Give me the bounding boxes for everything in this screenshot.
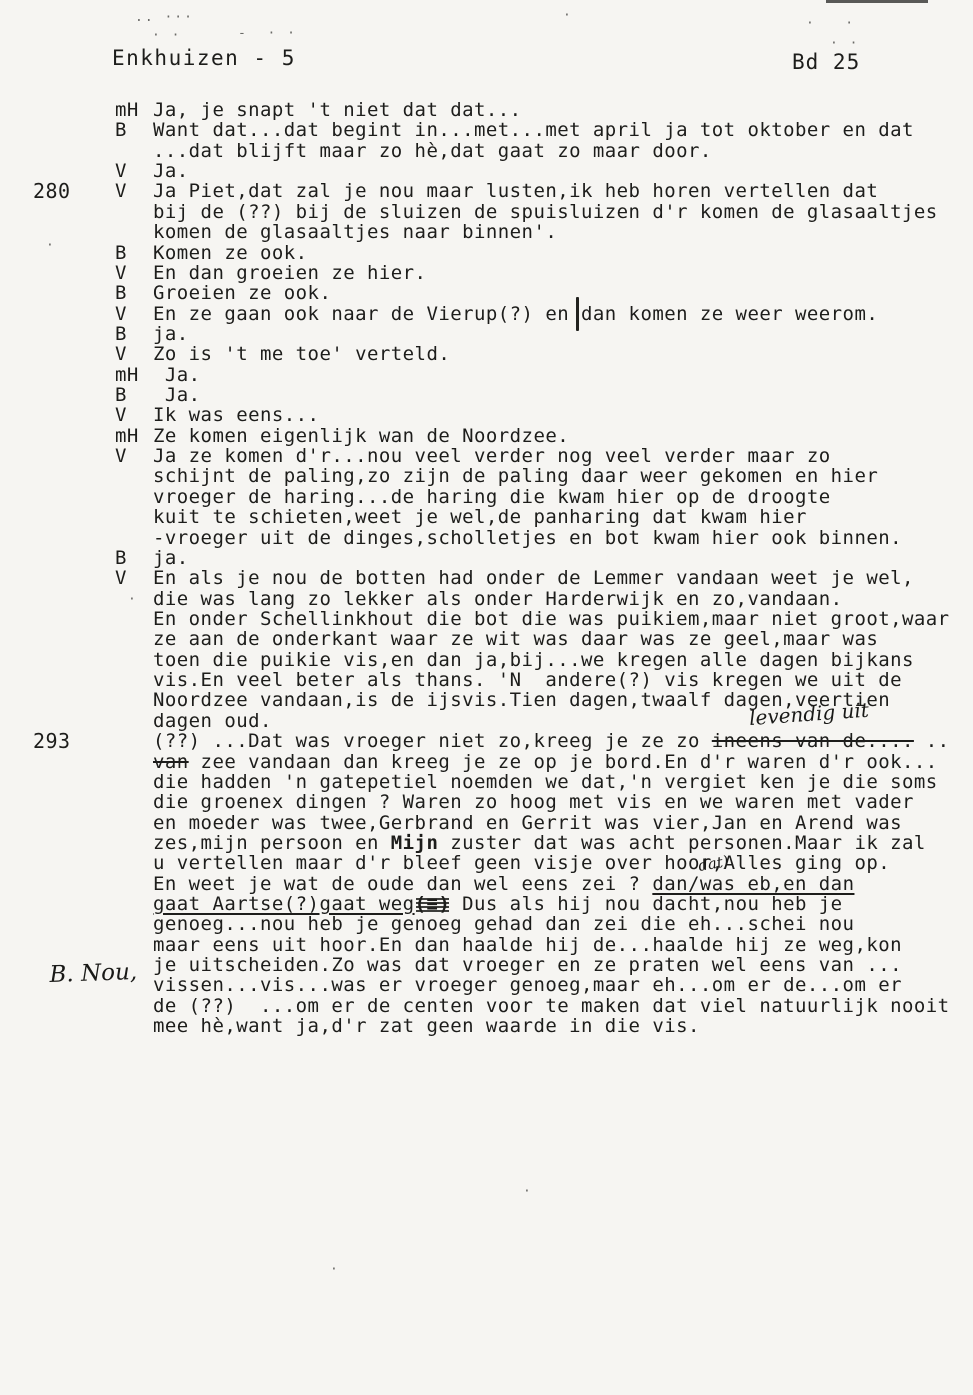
margin-number <box>0 202 115 222</box>
speaker-label <box>115 141 153 161</box>
transcript-line: ze aan de onderkant waar ze wit was daar… <box>0 629 973 649</box>
line-text: komen de glasaaltjes naar binnen'. <box>153 222 973 242</box>
text-segment-strike: van <box>153 751 189 773</box>
transcript-line: vis.En veel beter als thans. 'N andere(?… <box>0 670 973 690</box>
margin-number <box>0 650 115 670</box>
speaker-label <box>115 690 153 710</box>
margin-number <box>0 263 115 283</box>
line-text: En dan groeien ze hier. <box>153 263 973 283</box>
speaker-label: B <box>115 120 153 140</box>
text-segment: die groenex dingen ? Waren zo hoog met v… <box>153 791 914 813</box>
transcript-line: vroeger de haring...de haring die kwam h… <box>0 487 973 507</box>
scan-speck: · <box>563 8 573 23</box>
margin-number: 280 <box>0 181 115 201</box>
margin-number <box>0 914 115 934</box>
transcript-line: VZo is 't me toe' verteld. <box>0 344 973 364</box>
transcript-body: mHJa, je snapt 't niet dat dat...BWant d… <box>0 100 973 1037</box>
transcript-line: VEn dan groeien ze hier. <box>0 263 973 283</box>
line-text: En weet je wat de oude dan wel eens zei … <box>153 874 973 894</box>
speaker-label: V <box>115 263 153 283</box>
line-text: en moeder was twee,Gerbrand en Gerrit wa… <box>153 813 973 833</box>
margin-number <box>0 141 115 161</box>
margin-number <box>0 629 115 649</box>
text-segment-strike: ineens van de.... <box>712 730 914 752</box>
text-segment: Komen ze ook. <box>153 242 308 264</box>
transcript-line: die was lang zo lekker als onder Harderw… <box>0 589 973 609</box>
transcript-line: BWant dat...dat begint in...met...met ap… <box>0 120 973 140</box>
text-segment: Ze komen eigenlijk wan de Noordzee. <box>153 425 569 447</box>
speaker-label <box>115 731 153 751</box>
margin-number <box>0 100 115 120</box>
speaker-label: V <box>115 181 153 201</box>
line-text: En ze gaan ook naar de Vierup(?) en dan … <box>153 304 973 324</box>
text-segment: En onder Schellinkhout die bot die was p… <box>153 608 950 630</box>
line-text: kuit te schieten,weet je wel,de panharin… <box>153 507 973 527</box>
scan-speck: · <box>128 592 138 607</box>
margin-number <box>0 1016 115 1036</box>
text-segment: -vroeger uit de dinges,scholletjes en bo… <box>153 527 902 549</box>
line-text: Ja, je snapt 't niet dat dat... <box>153 100 973 120</box>
text-segment: zee vandaan dan kreeg je ze op je bord.E… <box>189 751 938 773</box>
text-segment: Want dat...dat begint in...met...met apr… <box>153 119 914 141</box>
transcript-line: Bja. <box>0 548 973 568</box>
transcript-line: die hadden 'n gatepetiel noemden we dat,… <box>0 772 973 792</box>
margin-number <box>0 324 115 344</box>
speaker-label: B <box>115 324 153 344</box>
scanned-transcript-page: Enkhuizen - 5 Bd 25 mHJa, je snapt 't ni… <box>0 0 973 1395</box>
speaker-label <box>115 813 153 833</box>
speaker-label: V <box>115 568 153 588</box>
line-text: ...dat blijft maar zo hè,dat gaat zo maa… <box>153 141 973 161</box>
transcript-line: van zee vandaan dan kreeg je ze op je bo… <box>0 752 973 772</box>
margin-number <box>0 589 115 609</box>
transcript-line: zes,mijn persoon en Mijn zuster dat was … <box>0 833 973 853</box>
speaker-label: mH <box>115 426 153 446</box>
speaker-label: B <box>115 283 153 303</box>
margin-number <box>0 365 115 385</box>
margin-number <box>0 690 115 710</box>
line-text: Ja ze komen d'r...nou veel verder nog ve… <box>153 446 973 466</box>
speaker-label <box>115 772 153 792</box>
text-segment: zes,mijn persoon en <box>153 832 391 854</box>
text-segment: die hadden 'n gatepetiel noemden we dat,… <box>153 771 938 793</box>
margin-number <box>0 344 115 364</box>
text-segment: Groeien ze ook. <box>153 282 331 304</box>
line-text: maar eens uit hoor.En dan haalde hij de.… <box>153 935 973 955</box>
margin-number <box>0 528 115 548</box>
margin-number <box>0 935 115 955</box>
scan-speck: · · <box>806 16 855 31</box>
text-segment: Ik was eens... <box>153 404 319 426</box>
line-text: Want dat...dat begint in...met...met apr… <box>153 120 973 140</box>
text-segment: vissen...vis...was er vroeger genoeg,maa… <box>153 974 902 996</box>
text-segment: toen die puikie vis,en dan ja,bij...we k… <box>153 649 914 671</box>
speaker-label <box>115 487 153 507</box>
transcript-line: vissen...vis...was er vroeger genoeg,maa… <box>0 975 973 995</box>
text-segment: genoeg...nou heb je genoeg gehad dan zei… <box>153 913 854 935</box>
line-text: u vertellen maar d'r bleef geen visje ov… <box>153 853 973 873</box>
line-text: Ja. <box>153 161 973 181</box>
line-text: Zo is 't me toe' verteld. <box>153 344 973 364</box>
scan-speck: · <box>523 1184 533 1199</box>
speaker-label <box>115 528 153 548</box>
text-segment: mee hè,want ja,d'r zat geen waarde in di… <box>153 1015 700 1037</box>
margin-number <box>0 752 115 772</box>
margin-number <box>0 833 115 853</box>
margin-number <box>0 283 115 303</box>
transcript-line: 293(??) ...Dat was vroeger niet zo,kreeg… <box>0 731 973 751</box>
line-text: -vroeger uit de dinges,scholletjes en bo… <box>153 528 973 548</box>
text-segment: (??) ...Dat was vroeger niet zo,kreeg je… <box>153 730 712 752</box>
transcript-line: Bja. <box>0 324 973 344</box>
text-segment: en moeder was twee,Gerbrand en Gerrit wa… <box>153 812 902 834</box>
transcript-line: En onder Schellinkhout die bot die was p… <box>0 609 973 629</box>
margin-number <box>0 996 115 1016</box>
text-segment: En als je nou de botten had onder de Lem… <box>153 567 914 589</box>
transcript-line: VIk was eens... <box>0 405 973 425</box>
line-text: die groenex dingen ? Waren zo hoog met v… <box>153 792 973 812</box>
margin-number: 293 <box>0 731 115 751</box>
margin-number <box>0 466 115 486</box>
transcript-line: schijnt de paling,zo zijn de paling daar… <box>0 466 973 486</box>
speaker-label <box>115 670 153 690</box>
margin-number <box>0 548 115 568</box>
margin-number <box>0 487 115 507</box>
speaker-label: B <box>115 548 153 568</box>
speaker-label <box>115 507 153 527</box>
speaker-label: V <box>115 446 153 466</box>
speaker-label: B <box>115 243 153 263</box>
scan-speck: · <box>902 118 912 133</box>
transcript-line: je uitscheiden.Zo was dat vroeger en ze … <box>0 955 973 975</box>
line-text: schijnt de paling,zo zijn de paling daar… <box>153 466 973 486</box>
speaker-label <box>115 874 153 894</box>
transcript-line: ...dat blijft maar zo hè,dat gaat zo maa… <box>0 141 973 161</box>
transcript-line: VEn als je nou de botten had onder de Le… <box>0 568 973 588</box>
scan-speck: · <box>46 238 56 253</box>
line-text: vissen...vis...was er vroeger genoeg,maa… <box>153 975 973 995</box>
speaker-label <box>115 222 153 242</box>
text-segment: schijnt de paling,zo zijn de paling daar… <box>153 465 878 487</box>
line-text: Ze komen eigenlijk wan de Noordzee. <box>153 426 973 446</box>
margin-number <box>0 385 115 405</box>
speaker-label <box>115 466 153 486</box>
text-segment: komen de glasaaltjes naar binnen'. <box>153 221 557 243</box>
text-segment: Ja, je snapt 't niet dat dat... <box>153 99 522 121</box>
margin-number <box>0 507 115 527</box>
speaker-label: V <box>115 344 153 364</box>
speaker-label <box>115 792 153 812</box>
line-text: vroeger de haring...de haring die kwam h… <box>153 487 973 507</box>
transcript-line: -vroeger uit de dinges,scholletjes en bo… <box>0 528 973 548</box>
line-text: En als je nou de botten had onder de Lem… <box>153 568 973 588</box>
text-segment: dagen oud. <box>153 710 272 732</box>
margin-number <box>0 894 115 914</box>
speaker-label: mH <box>115 365 153 385</box>
transcript-line: de (??) ...om er de centen voor te maken… <box>0 996 973 1016</box>
line-text: Groeien ze ook. <box>153 283 973 303</box>
transcript-line: mHZe komen eigenlijk wan de Noordzee. <box>0 426 973 446</box>
line-text: Ja Piet,dat zal je nou maar lusten,ik he… <box>153 181 973 201</box>
line-text: de (??) ...om er de centen voor te maken… <box>153 996 973 1016</box>
text-segment: Ja. <box>153 384 201 406</box>
text-segment: bij de (??) bij de sluizen de spuisluize… <box>153 201 938 223</box>
line-text: genoeg...nou heb je genoeg gehad dan zei… <box>153 914 973 934</box>
line-text: zes,mijn persoon en Mijn zuster dat was … <box>153 833 973 853</box>
line-text: van zee vandaan dan kreeg je ze op je bo… <box>153 752 973 772</box>
margin-number <box>0 670 115 690</box>
speaker-label <box>115 914 153 934</box>
scan-speck: · <box>330 1262 340 1277</box>
speaker-label <box>115 833 153 853</box>
line-text: ja. <box>153 548 973 568</box>
text-segment: de (??) ...om er de centen voor te maken… <box>153 995 950 1017</box>
margin-number <box>0 874 115 894</box>
line-text: Ja. <box>153 385 973 405</box>
margin-number <box>0 792 115 812</box>
speaker-label <box>115 711 153 731</box>
transcript-line: VJa. <box>0 161 973 181</box>
pen-insert-mark <box>576 297 579 331</box>
handwritten-speaker-b-nou: B. Nou, <box>49 959 137 988</box>
text-segment: En dan groeien ze hier. <box>153 262 426 284</box>
speaker-label: V <box>115 405 153 425</box>
text-segment: En weet je wat de oude dan wel eens zei … <box>153 873 652 895</box>
text-segment: En ze gaan ook naar de Vierup(?) en dan … <box>153 303 878 325</box>
line-text: je uitscheiden.Zo was dat vroeger en ze … <box>153 955 973 975</box>
speaker-label <box>115 1016 153 1036</box>
line-text: die was lang zo lekker als onder Harderw… <box>153 589 973 609</box>
speaker-label <box>115 609 153 629</box>
transcript-line: u vertellen maar d'r bleef geen visje ov… <box>0 853 973 873</box>
transcript-line: gaat Aartse(?)gaat weg(≡) Dus als hij no… <box>0 894 973 914</box>
speaker-label: V <box>115 161 153 181</box>
text-segment: Zo is 't me toe' verteld. <box>153 343 450 365</box>
margin-number <box>0 120 115 140</box>
text-segment: Ja Piet,dat zal je nou maar lusten,ik he… <box>153 180 878 202</box>
line-text: ze aan de onderkant waar ze wit was daar… <box>153 629 973 649</box>
text-segment: u vertellen maar d'r bleef geen visje ov… <box>153 852 890 874</box>
text-segment: ja. <box>153 547 189 569</box>
line-text: Ja. <box>153 365 973 385</box>
speaker-label <box>115 894 153 914</box>
line-text: Komen ze ook. <box>153 243 973 263</box>
transcript-line: komen de glasaaltjes naar binnen'. <box>0 222 973 242</box>
transcript-line: en moeder was twee,Gerbrand en Gerrit wa… <box>0 813 973 833</box>
text-segment: die was lang zo lekker als onder Harderw… <box>153 588 843 610</box>
margin-number <box>0 161 115 181</box>
page-header-title: Enkhuizen - 5 <box>112 46 296 70</box>
scan-speck: - · · <box>238 26 297 41</box>
margin-number <box>0 405 115 425</box>
text-segment: vroeger de haring...de haring die kwam h… <box>153 486 831 508</box>
transcript-line: En weet je wat de oude dan wel eens zei … <box>0 874 973 894</box>
margin-number <box>0 426 115 446</box>
scan-speck: .. ··· <box>135 10 194 25</box>
line-text: (??) ...Dat was vroeger niet zo,kreeg je… <box>153 731 973 751</box>
text-segment-bold: Mijn <box>391 832 439 854</box>
text-segment: Ja. <box>153 160 189 182</box>
line-text: gaat Aartse(?)gaat weg(≡) Dus als hij no… <box>153 894 973 914</box>
text-segment: vis.En veel beter als thans. 'N andere(?… <box>153 669 902 691</box>
text-segment: maar eens uit hoor.En dan haalde hij de.… <box>153 934 902 956</box>
line-text: En onder Schellinkhout die bot die was p… <box>153 609 973 629</box>
transcript-line: kuit te schieten,weet je wel,de panharin… <box>0 507 973 527</box>
transcript-line: bij de (??) bij de sluizen de spuisluize… <box>0 202 973 222</box>
line-text: vis.En veel beter als thans. 'N andere(?… <box>153 670 973 690</box>
scan-speck: · · <box>152 28 181 43</box>
transcript-line: genoeg...nou heb je genoeg gehad dan zei… <box>0 914 973 934</box>
text-segment: kuit te schieten,weet je wel,de panharin… <box>153 506 807 528</box>
speaker-label <box>115 752 153 772</box>
margin-number <box>0 243 115 263</box>
speaker-label <box>115 996 153 1016</box>
text-segment: Ja ze komen d'r...nou veel verder nog ve… <box>153 445 831 467</box>
line-text: Ik was eens... <box>153 405 973 425</box>
transcript-line: VEn ze gaan ook naar de Vierup(?) en dan… <box>0 304 973 324</box>
text-segment-underline: gaat Aartse(?)gaat weg <box>153 893 415 915</box>
speaker-label <box>115 202 153 222</box>
margin-number <box>0 609 115 629</box>
text-segment: je uitscheiden.Zo was dat vroeger en ze … <box>153 954 902 976</box>
margin-number <box>0 568 115 588</box>
margin-number <box>0 853 115 873</box>
line-text: ja. <box>153 324 973 344</box>
speaker-label <box>115 853 153 873</box>
transcript-line: mee hè,want ja,d'r zat geen waarde in di… <box>0 1016 973 1036</box>
margin-number <box>0 222 115 242</box>
text-segment: ...dat blijft maar zo hè,dat gaat zo maa… <box>153 140 712 162</box>
text-segment: .. <box>914 730 950 752</box>
speaker-label <box>115 650 153 670</box>
margin-number <box>0 304 115 324</box>
transcript-line: mHJa, je snapt 't niet dat dat... <box>0 100 973 120</box>
scan-speck: · · <box>830 36 859 51</box>
speaker-label <box>115 629 153 649</box>
speaker-label <box>115 935 153 955</box>
line-text: toen die puikie vis,en dan ja,bij...we k… <box>153 650 973 670</box>
page-header-tape-number: Bd 25 <box>792 50 860 74</box>
line-text: die hadden 'n gatepetiel noemden we dat,… <box>153 772 973 792</box>
transcript-line: die groenex dingen ? Waren zo hoog met v… <box>0 792 973 812</box>
text-segment: Ja. <box>153 364 201 386</box>
transcript-line: BGroeien ze ook. <box>0 283 973 303</box>
speaker-label: B <box>115 385 153 405</box>
text-segment-underline: dan/was eb,en dan <box>652 873 854 895</box>
scan-edge-mark <box>826 0 928 3</box>
margin-number <box>0 772 115 792</box>
transcript-line: maar eens uit hoor.En dan haalde hij de.… <box>0 935 973 955</box>
transcript-line: BKomen ze ook. <box>0 243 973 263</box>
speaker-label: mH <box>115 100 153 120</box>
margin-number <box>0 813 115 833</box>
text-segment-scribble: (≡) <box>415 893 451 915</box>
text-segment: ja. <box>153 323 189 345</box>
speaker-label: V <box>115 304 153 324</box>
transcript-line: B Ja. <box>0 385 973 405</box>
line-text: mee hè,want ja,d'r zat geen waarde in di… <box>153 1016 973 1036</box>
transcript-line: mH Ja. <box>0 365 973 385</box>
line-text: bij de (??) bij de sluizen de spuisluize… <box>153 202 973 222</box>
transcript-line: VJa ze komen d'r...nou veel verder nog v… <box>0 446 973 466</box>
text-segment: zuster dat was acht personen.Maar ik zal <box>438 832 925 854</box>
transcript-line: toen die puikie vis,en dan ja,bij...we k… <box>0 650 973 670</box>
transcript-line: 280VJa Piet,dat zal je nou maar lusten,i… <box>0 181 973 201</box>
text-segment: Dus als hij nou dacht,nou heb je <box>450 893 842 915</box>
text-segment: ze aan de onderkant waar ze wit was daar… <box>153 628 878 650</box>
margin-number <box>0 446 115 466</box>
margin-number <box>0 711 115 731</box>
